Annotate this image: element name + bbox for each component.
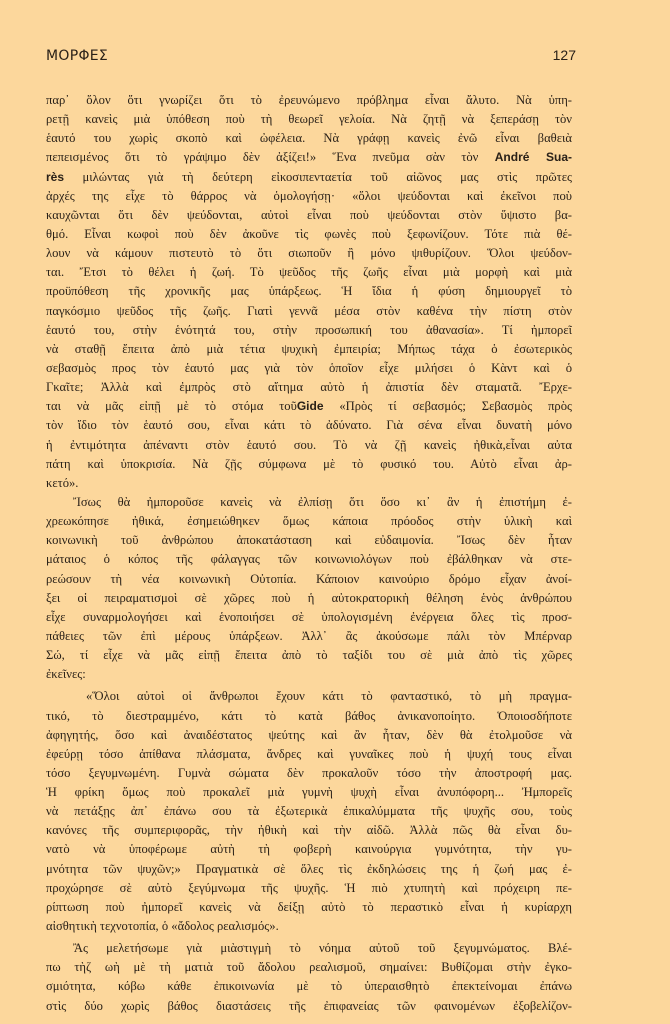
text-line: ρεώσουν τὴ νέα κοινωνικὴ Οὐτοπία. Κάποιο… xyxy=(46,570,572,589)
text-line: πάτη καὶ ὑποκρισία. Νὰ ζῇς σύμφωνα μὲ τὸ… xyxy=(46,455,572,474)
text-line: παρ᾽ ὅλον ὅτι γνωρίζει ὅτι τὸ ἐρευνώμενο… xyxy=(46,91,572,110)
text-line: εἶχε συναρμολογήσει καὶ ἑνοποιήσει σὲ ὑπ… xyxy=(46,608,572,627)
text-line: προϋπόθεση τῆς χρονικῆς μας ὑπάρξεως. Ἡ … xyxy=(46,282,572,301)
text-line: Σώ, τί εἶχε νὰ μᾶς εἰπῇ ἔπειτα ἀπὸ τὸ τα… xyxy=(46,646,572,665)
text-line: Ἂς μελετήσωμε γιὰ μιὰστιγμὴ τὸ νόημα αὐτ… xyxy=(46,939,572,958)
text-line: Ἴσως θὰ ἠμποροῦσε κανεὶς νὰ ἐλπίσῃ ὅτι ὅ… xyxy=(46,493,572,512)
text-line: νατὸ νὰ ὑποφέρωμε αὐτὴ τὴ φοβερὴ καινούρ… xyxy=(46,840,572,859)
text-line: ἡ ἐντιμότητα ἀπέναντι στὸν ἑαυτό σου. Τὸ… xyxy=(46,436,572,455)
text-line: νὰ πετάξῃς ἀπ᾽ ἐπάνω σου τὰ ἐξωτερικὰ ἐπ… xyxy=(46,802,572,821)
text-line: ρετῇ κανεὶς μιὰ ὑπόθεση ποὺ τὴ θεωρεῖ γε… xyxy=(46,110,572,129)
text-line: πεπεισμένος ὅτι τὸ γράψιμο δὲν ἀξίζει!» … xyxy=(46,148,572,167)
text-line: κετό». xyxy=(46,474,572,493)
page-header: ΜΟΡΦΕΣ 127 xyxy=(46,47,576,64)
text-line: μάταιος ὁ κόπος τῆς φάλαγγας τῶν κοινωνι… xyxy=(46,550,572,569)
text-line: Γκαῖτε; Ἀλλὰ καὶ ἐμπρὸς στὸ αἴτημα αὐτὸ … xyxy=(46,378,572,397)
text-line: καυχῶνται ὅτι δὲν ψεύδονται, αὐτοὶ εἶναι… xyxy=(46,206,572,225)
text-line: ἀρχές της εἶχε τὸ θάρρος νὰ ὁμολογήσῃ· «… xyxy=(46,187,572,206)
text-line: ἑαυτό του χωρὶς σκοπὸ καὶ ὠφέλεια. Νὰ γρ… xyxy=(46,129,572,148)
text-line: ται. Ἔτσι τὸ θέλει ἡ ζωή. Τὸ ψεῦδος τῆς … xyxy=(46,263,572,282)
text-line: ἐκεῖνες: xyxy=(46,665,572,684)
text-line: τόσο ξεγυμνωμένη. Γυμνὰ σώματα δὲν προκα… xyxy=(46,764,572,783)
text-line: rès μιλώντας γιὰ τὴ δεύτερη εἰκοσιπενταε… xyxy=(46,168,572,187)
text-line: θμό. Εἶναι κωφοὶ ποὺ δὲν ἀκοῦνε τὶς φωνὲ… xyxy=(46,225,572,244)
text-line: ἀφηγητής, ὅσο καὶ ἀναιδέστατος ψεύτης κα… xyxy=(46,726,572,745)
bold-name: rès xyxy=(46,170,64,184)
text-line: σεβασμὸς προς τὸν ἑαυτό μας γιὰ τὸν ὁποῖ… xyxy=(46,359,572,378)
text-line: ἐφεύρῃ τόσο ἀπίθανα πλάσματα, ἄνδρες καὶ… xyxy=(46,745,572,764)
text-line: κανόνες τῆς συμπεριφορᾶς, τὴν ἠθικὴ καὶ … xyxy=(46,821,572,840)
text-line: πω τὴζ ωὴ μὲ τὴ ματιὰ τοῦ ἄδολου ρεαλισμ… xyxy=(46,958,572,977)
text-line: λουν νὰ κάμουν πιστευτὸ τὸ ὅτι σιωποῦν ἢ… xyxy=(46,244,572,263)
text-line: νὰ σταθῇ ἔπειτα ἀπὸ μιὰ τέτια ψυχικὴ ἐμπ… xyxy=(46,340,572,359)
text-line: «Ὅλοι αὐτοὶ οἱ ἄνθρωποι ἔχουν κάτι τὸ φα… xyxy=(46,687,572,706)
text-line: σμιότητα, κόβω κάθε ἐπικοινωνία μὲ τὸ ὑπ… xyxy=(46,977,572,996)
text-line: προχώρησε σὲ αὐτὸ ξεγύμνωμα τῆς ψυχῆς. Ἡ… xyxy=(46,879,572,898)
text-line: ται νὰ μᾶς εἰπῇ μὲ τὸ στόμα τοῦGide «Πρὸ… xyxy=(46,397,572,416)
text-line: ρίπτωση ποὺ ἠμπορεῖ κανεὶς νὰ δείξῃ αὐτὸ… xyxy=(46,898,572,917)
bold-name: Gide xyxy=(297,399,324,413)
text-line: ἑαυτό του, στὴν ἑνότητά του, στὴν προσωπ… xyxy=(46,321,572,340)
text-line: Ἡ φρίκη ὅμως ποὺ προκαλεῖ μιὰ γυμνὴ ψυχὴ… xyxy=(46,783,572,802)
text-line: χρεωκόπησε ἠθικά, ἐσημειώθηκεν ὅμως κάπο… xyxy=(46,512,572,531)
text-line: πάθειες τῶν ἐπὶ μέρους ὑπάρξεων. Ἀλλ᾽ ἂς… xyxy=(46,627,572,646)
text-line: τὸν ἴδιο τὸν ἑαυτό σου, εἶναι κάτι τὸ ἀδ… xyxy=(46,416,572,435)
text-line: παγκόσμιο ψεῦδος τῆς ζωῆς. Γιατὶ γεννᾶ μ… xyxy=(46,302,572,321)
body-text: παρ᾽ ὅλον ὅτι γνωρίζει ὅτι τὸ ἐρευνώμενο… xyxy=(46,91,572,1016)
text-line: στὶς δύο χωρὶς βάθος διαστάσεις τῆς ἐπιφ… xyxy=(46,997,572,1016)
text-line: αἰσθητικὴ τεχνοτοπία, ὁ «ἄδολος ρεαλισμό… xyxy=(46,917,572,936)
text-line: ξει οἱ πειραματισμοὶ σὲ χῶρες ποὺ ἡ αὐτο… xyxy=(46,589,572,608)
scanned-book-page: ΜΟΡΦΕΣ 127 παρ᾽ ὅλον ὅτι γνωρίζει ὅτι τὸ… xyxy=(0,0,670,1024)
page-number: 127 xyxy=(553,47,576,63)
text-line: τικό, τὸ διεστραμμένο, κάτι τὸ κατὰ βάθο… xyxy=(46,707,572,726)
bold-name: André Sua- xyxy=(495,150,572,164)
running-title: ΜΟΡΦΕΣ xyxy=(46,48,108,64)
text-line: μνότητα τῶν ψυχῶν;» Πραγματικὰ σὲ ὅλες τ… xyxy=(46,860,572,879)
text-line: κοινωνικὴ τοῦ ἀνθρώπου ἀποκατάσταση καὶ … xyxy=(46,531,572,550)
